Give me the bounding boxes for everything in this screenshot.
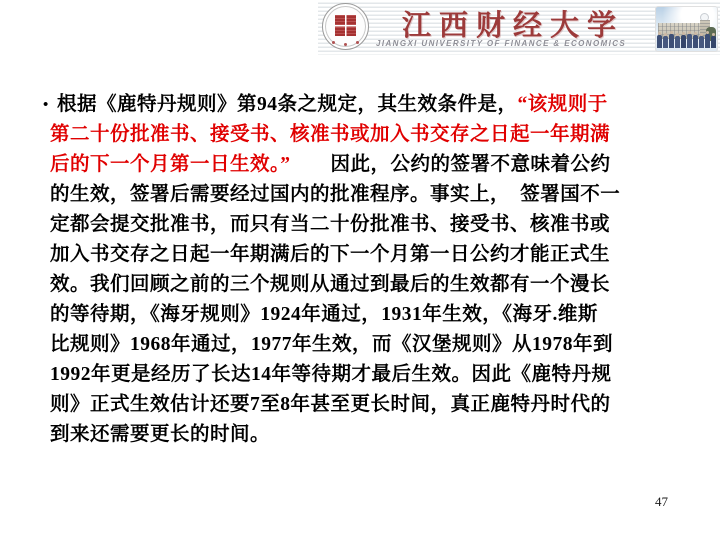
graduate-figure <box>681 35 686 48</box>
text-segment-black: 的等待期，《海牙规则》1924年通过，1931年生效，《海牙.维斯 <box>50 304 598 325</box>
text-segment-black: 定都会提交批准书，而只有当二十份批准书、接受书、核准书或 <box>50 214 610 235</box>
text-line: 的等待期，《海牙规则》1924年通过，1931年生效，《海牙.维斯 <box>50 300 690 330</box>
text-segment-black: 的生效，签署后需要经过国内的批准程序。事实上， 签署国不一 <box>50 184 620 205</box>
header-banner: 江西财经大学 JIANGXI UNIVERSITY OF FINANCE & E… <box>318 0 720 55</box>
text-segment-black: 比规则》1968年通过，1977年生效，而《汉堡规则》从1978年到 <box>50 334 613 355</box>
text-line: 1992年更是经历了长达14年等待期才最后生效。因此《鹿特丹规 <box>50 360 690 390</box>
text-segment-red: 第二十份批准书、接受书、核准书或加入书交存之日起一年期满 <box>50 124 610 145</box>
page-number: 47 <box>655 494 668 510</box>
graduate-figure <box>675 36 680 48</box>
text-line: 定都会提交批准书，而只有当二十份批准书、接受书、核准书或 <box>50 210 690 240</box>
text-segment-black: 加入书交存之日起一年期满后的下一个月第一日公约才能正式生 <box>50 244 610 265</box>
seal-stamp-icon <box>335 15 356 36</box>
graduate-figure <box>705 34 710 48</box>
seal-text-mark <box>332 41 335 44</box>
text-line: 则》正式生效估计还要7至8年甚至更长时间，真正鹿特丹时代的 <box>50 390 690 420</box>
body-text: 根据《鹿特丹规则》第94条之规定，其生效条件是，“该规则于第二十份批准书、接受书… <box>50 90 690 450</box>
graduate-figure <box>657 35 662 48</box>
slide: { "slide": { "page_number": "47" }, "hea… <box>0 0 720 540</box>
university-seal-logo <box>322 3 369 50</box>
graduate-figure <box>711 36 716 48</box>
graduates-group <box>659 30 713 48</box>
text-segment-red: 后的下一个月第一日生效。” <box>50 154 291 175</box>
graduate-figure <box>663 36 668 48</box>
text-line: 到来还需要更长的时间。 <box>50 420 690 450</box>
text-line: 根据《鹿特丹规则》第94条之规定，其生效条件是，“该规则于 <box>50 90 690 120</box>
graduate-figure <box>669 34 674 48</box>
text-segment-black: 因此，公约的签署不意味着公约 <box>291 154 611 175</box>
university-name-english: JIANGXI UNIVERSITY OF FINANCE & ECONOMIC… <box>376 39 656 48</box>
text-segment-black: 到来还需要更长的时间。 <box>50 424 270 445</box>
bullet-marker: • <box>43 97 48 114</box>
text-line: 效。我们回顾之前的三个规则从通过到最后的生效都有一个漫长 <box>50 270 690 300</box>
campus-photo <box>655 6 718 52</box>
text-line: 比规则》1968年通过，1977年生效，而《汉堡规则》从1978年到 <box>50 330 690 360</box>
seal-text-mark <box>356 41 359 44</box>
text-segment-black: 则》正式生效估计还要7至8年甚至更长时间，真正鹿特丹时代的 <box>50 394 611 415</box>
text-line: 的生效，签署后需要经过国内的批准程序。事实上， 签署国不一 <box>50 180 690 210</box>
graduate-figure <box>699 36 704 48</box>
text-line: 后的下一个月第一日生效。” 因此，公约的签署不意味着公约 <box>50 150 690 180</box>
text-segment-black: 根据《鹿特丹规则》第94条之规定，其生效条件是， <box>57 94 518 115</box>
seal-text-mark <box>344 43 347 46</box>
graduate-figure <box>687 34 692 48</box>
text-line: 加入书交存之日起一年期满后的下一个月第一日公约才能正式生 <box>50 240 690 270</box>
graduate-figure <box>693 35 698 48</box>
university-name-chinese: 江西财经大学 <box>390 3 636 37</box>
text-segment-red: “该规则于 <box>518 94 608 115</box>
text-segment-black: 效。我们回顾之前的三个规则从通过到最后的生效都有一个漫长 <box>50 274 610 295</box>
text-line: 第二十份批准书、接受书、核准书或加入书交存之日起一年期满 <box>50 120 690 150</box>
text-segment-black: 1992年更是经历了长达14年等待期才最后生效。因此《鹿特丹规 <box>50 364 612 385</box>
